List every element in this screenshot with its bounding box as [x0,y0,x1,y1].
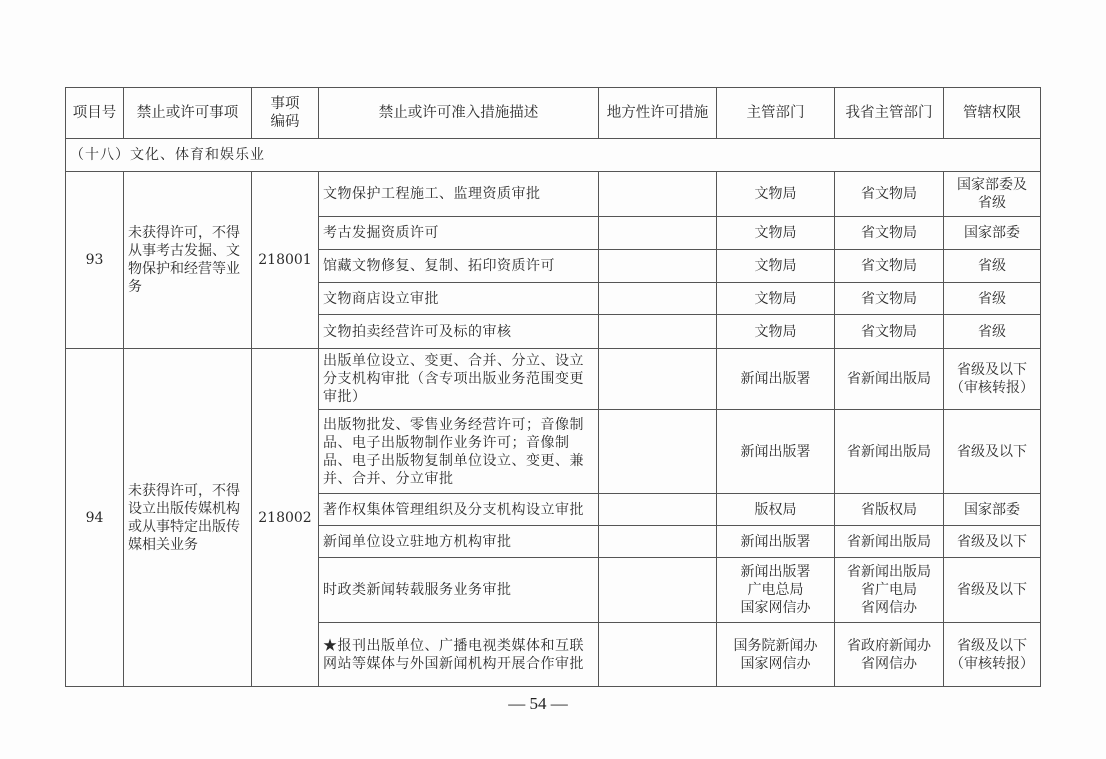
measure-description: 新闻单位设立驻地方机构审批 [319,526,599,558]
header-item-name: 禁止或许可事项 [124,88,252,139]
provincial-department: 省新闻出版局 省广电局 省网信办 [835,558,944,623]
measure-description: 出版单位设立、变更、合并、分立、设立分支机构审批（含专项出版业务范围变更审批） [319,349,599,410]
item-number: 93 [66,172,124,349]
jurisdiction: 省级及以下 （审核转报） [944,623,1041,687]
department: 文物局 [717,172,835,217]
provincial-department: 省文物局 [835,315,944,349]
measure-description: 文物拍卖经营许可及标的审核 [319,315,599,349]
header-local-measures: 地方性许可措施 [599,88,717,139]
local-measure [599,250,717,283]
header-item-code: 事项 编码 [252,88,319,139]
measure-description: 馆藏文物修复、复制、拓印资质许可 [319,250,599,283]
measure-description: 时政类新闻转载服务业务审批 [319,558,599,623]
page-number: — 54 — [0,694,1091,714]
local-measure [599,315,717,349]
header-item-no: 项目号 [66,88,124,139]
jurisdiction: 国家部委及 省级 [944,172,1041,217]
negative-list-table: 项目号 禁止或许可事项 事项 编码 禁止或许可准入措施描述 地方性许可措施 主管… [65,87,1041,687]
measure-description: 考古发掘资质许可 [319,217,599,250]
header-row: 项目号 禁止或许可事项 事项 编码 禁止或许可准入措施描述 地方性许可措施 主管… [66,88,1041,139]
item-number: 94 [66,349,124,687]
section-row: （十八）文化、体育和娱乐业 [66,139,1041,172]
department: 新闻出版署 [717,349,835,410]
table-row: 94 未获得许可，不得设立出版传媒机构或从事特定出版传媒相关业务 218002 … [66,349,1041,410]
provincial-department: 省政府新闻办 省网信办 [835,623,944,687]
local-measure [599,172,717,217]
department: 版权局 [717,494,835,526]
local-measure [599,494,717,526]
jurisdiction: 国家部委 [944,494,1041,526]
local-measure [599,283,717,315]
provincial-department: 省新闻出版局 [835,526,944,558]
local-measure [599,526,717,558]
department: 新闻出版署 [717,526,835,558]
jurisdiction: 省级 [944,283,1041,315]
item-name: 未获得许可，不得从事考古发掘、文物保护和经营等业务 [124,172,252,349]
header-department: 主管部门 [717,88,835,139]
item-name: 未获得许可，不得设立出版传媒机构或从事特定出版传媒相关业务 [124,349,252,687]
department: 文物局 [717,250,835,283]
department: 新闻出版署 [717,410,835,494]
provincial-department: 省文物局 [835,250,944,283]
provincial-department: 省版权局 [835,494,944,526]
department: 国务院新闻办 国家网信办 [717,623,835,687]
department: 新闻出版署 广电总局 国家网信办 [717,558,835,623]
document-page: 项目号 禁止或许可事项 事项 编码 禁止或许可准入措施描述 地方性许可措施 主管… [0,0,1106,759]
jurisdiction: 省级及以下 [944,558,1041,623]
measure-description: 出版物批发、零售业务经营许可；音像制品、电子出版物制作业务许可；音像制品、电子出… [319,410,599,494]
provincial-department: 省新闻出版局 [835,349,944,410]
local-measure [599,217,717,250]
local-measure [599,558,717,623]
local-measure [599,410,717,494]
jurisdiction: 省级及以下 （审核转报） [944,349,1041,410]
jurisdiction: 省级 [944,250,1041,283]
jurisdiction: 省级及以下 [944,410,1041,494]
header-description: 禁止或许可准入措施描述 [319,88,599,139]
jurisdiction: 省级及以下 [944,526,1041,558]
measure-description: 著作权集体管理组织及分支机构设立审批 [319,494,599,526]
department: 文物局 [717,217,835,250]
provincial-department: 省文物局 [835,172,944,217]
department: 文物局 [717,283,835,315]
local-measure [599,623,717,687]
provincial-department: 省文物局 [835,283,944,315]
measure-description: 文物商店设立审批 [319,283,599,315]
provincial-department: 省文物局 [835,217,944,250]
table-row: 93 未获得许可，不得从事考古发掘、文物保护和经营等业务 218001 文物保护… [66,172,1041,217]
header-provincial-department: 我省主管部门 [835,88,944,139]
jurisdiction: 省级 [944,315,1041,349]
item-code: 218002 [252,349,319,687]
measure-description: 文物保护工程施工、监理资质审批 [319,172,599,217]
jurisdiction: 国家部委 [944,217,1041,250]
header-jurisdiction: 管辖权限 [944,88,1041,139]
item-code: 218001 [252,172,319,349]
measure-description: ★报刊出版单位、广播电视类媒体和互联网站等媒体与外国新闻机构开展合作审批 [319,623,599,687]
department: 文物局 [717,315,835,349]
local-measure [599,349,717,410]
section-title: （十八）文化、体育和娱乐业 [66,139,1041,172]
provincial-department: 省新闻出版局 [835,410,944,494]
